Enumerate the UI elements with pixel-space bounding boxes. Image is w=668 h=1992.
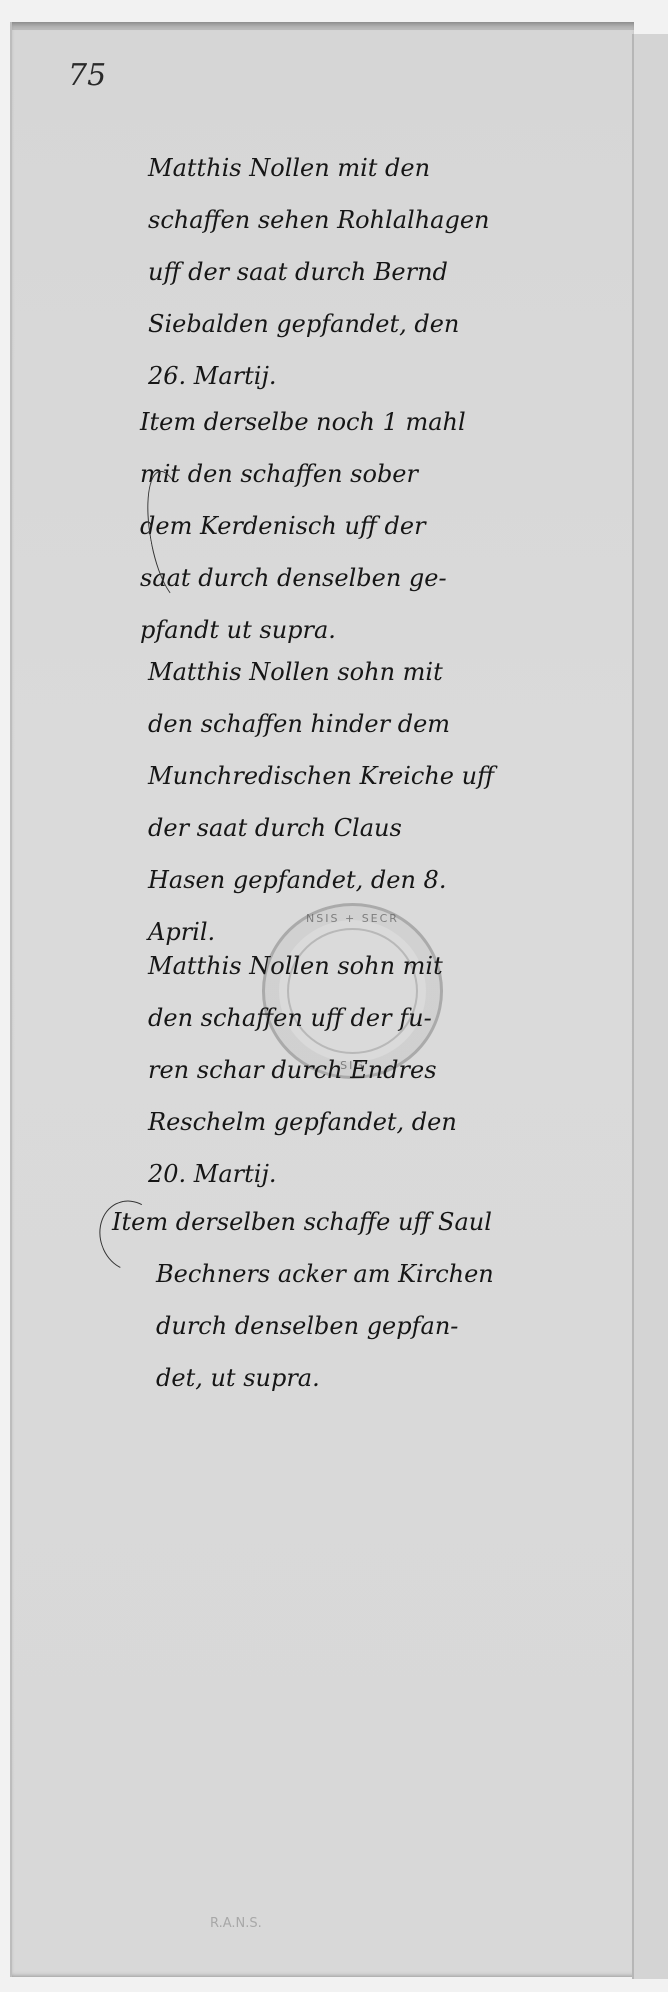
entry-line: schaffen sehen Rohlalhagen bbox=[148, 194, 618, 246]
entry-line: ren schar durch Endres bbox=[148, 1044, 618, 1096]
entry-line: Reschelm gepfandet, den bbox=[148, 1096, 618, 1148]
entry-4: Matthis Nollen sohn mit den schaffen uff… bbox=[148, 940, 618, 1200]
entry-5: Item derselben schaffe uff Saul Bechners… bbox=[112, 1196, 612, 1404]
faint-archive-mark: R.A.N.S. bbox=[210, 1916, 262, 1931]
entry-line: uff der saat durch Bernd bbox=[148, 246, 618, 298]
entry-line: dem Kerdenisch uff der bbox=[140, 500, 610, 552]
entry-2: Item derselbe noch 1 mahl mit den schaff… bbox=[140, 396, 610, 656]
folio-number: 75 bbox=[68, 58, 106, 93]
stamp-top-text: NSIS + SECR bbox=[265, 912, 440, 925]
entry-line: Matthis Nollen mit den bbox=[148, 142, 618, 194]
entry-line: mit den schaffen sober bbox=[140, 448, 610, 500]
entry-line: Munchredischen Kreiche uff bbox=[148, 750, 618, 802]
entry-line: den schaffen uff der fu- bbox=[148, 992, 618, 1044]
entry-line: Matthis Nollen sohn mit bbox=[148, 940, 618, 992]
entry-line: saat durch denselben ge- bbox=[140, 552, 610, 604]
entry-line: Bechners acker am Kirchen bbox=[112, 1248, 612, 1300]
entry-line: det, ut supra. bbox=[112, 1352, 612, 1404]
entry-line: Hasen gepfandet, den 8. bbox=[148, 854, 618, 906]
entry-line: Item derselben schaffe uff Saul bbox=[112, 1196, 612, 1248]
entry-line: Matthis Nollen sohn mit bbox=[148, 646, 618, 698]
entry-line: den schaffen hinder dem bbox=[148, 698, 618, 750]
entry-line: durch denselben gepfan- bbox=[112, 1300, 612, 1352]
adjacent-page-edge bbox=[632, 34, 668, 1979]
entry-line: 26. Martij. bbox=[148, 350, 618, 402]
entry-line: Item derselbe noch 1 mahl bbox=[140, 396, 610, 448]
entry-line: 20. Martij. bbox=[148, 1148, 618, 1200]
entry-line: der saat durch Claus bbox=[148, 802, 618, 854]
entry-1: Matthis Nollen mit den schaffen sehen Ro… bbox=[148, 142, 618, 402]
entry-line: Siebalden gepfandet, den bbox=[148, 298, 618, 350]
